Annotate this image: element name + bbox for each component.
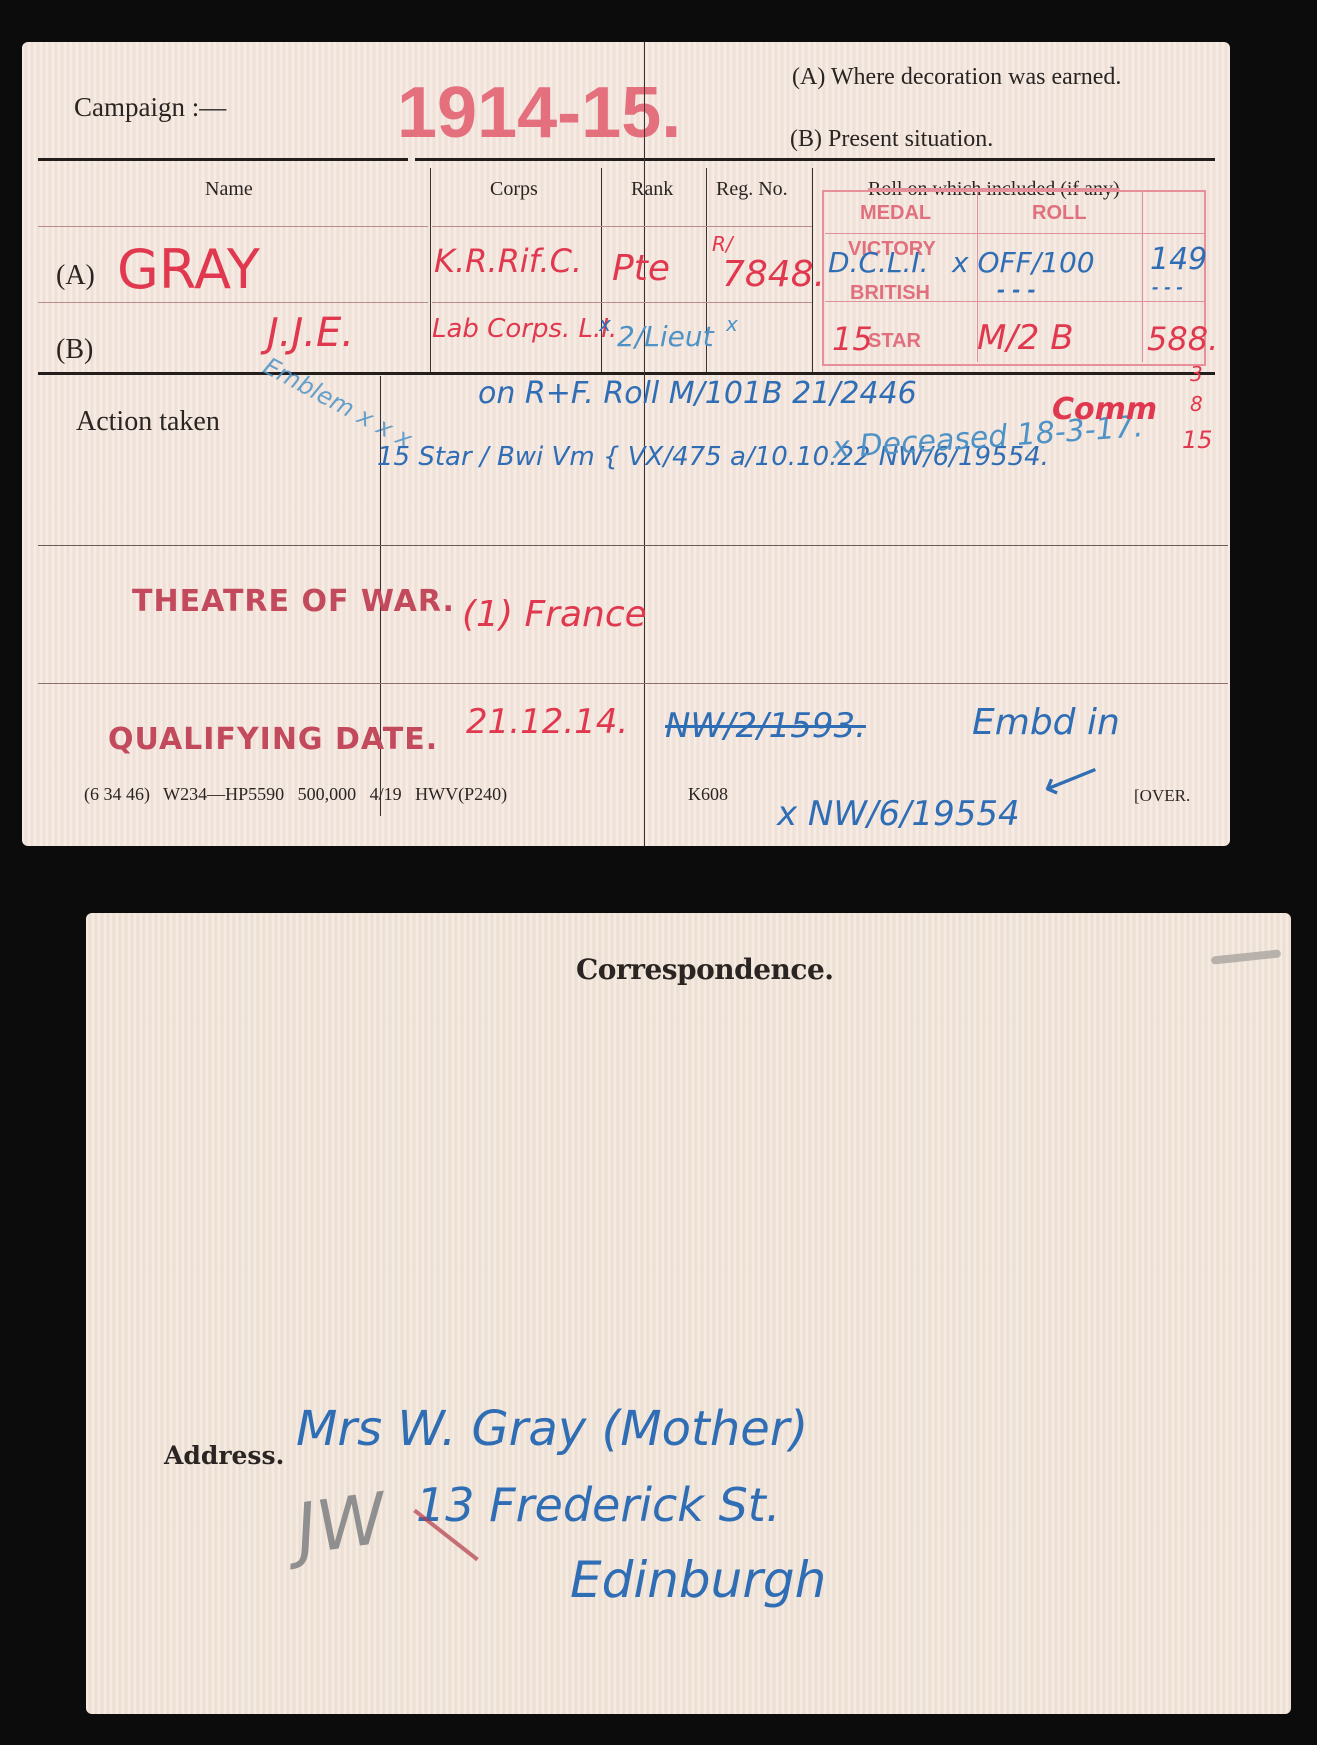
row-a-label: (A) bbox=[56, 260, 95, 292]
rule bbox=[432, 226, 812, 227]
arrow-icon: ⟵ bbox=[1035, 747, 1105, 811]
action-line-1: on R+F. Roll M/101B 21/2446 bbox=[478, 376, 917, 411]
address-line-1: Mrs W. Gray (Mother) bbox=[296, 1401, 808, 1457]
over-marker: [OVER. bbox=[1134, 786, 1190, 806]
theatre-of-war-value: (1) France bbox=[462, 594, 647, 635]
star-prefix: 15 bbox=[832, 320, 873, 358]
comm-fraction-mid: 8 bbox=[1190, 392, 1203, 416]
legend-present-situation: (B) Present situation. bbox=[790, 126, 993, 153]
legend-where-earned: (A) Where decoration was earned. bbox=[792, 64, 1121, 91]
star-roll: M/2 B bbox=[977, 318, 1074, 358]
row-b-rank: 2/Lieut bbox=[617, 320, 714, 353]
victory-page: 149 bbox=[1150, 242, 1207, 277]
stamp-star: STAR bbox=[868, 330, 921, 353]
form-print-codes: (6 34 46) W234—HP5590 500,000 4/19 HWV(P… bbox=[84, 784, 507, 805]
column-divider bbox=[430, 168, 431, 372]
campaign-label: Campaign :— bbox=[74, 92, 226, 123]
campaign-stamp: 1914-15. bbox=[397, 72, 681, 154]
british-roll: - - - bbox=[997, 278, 1036, 302]
rule bbox=[38, 545, 1228, 546]
action-taken-label: Action taken bbox=[76, 406, 220, 438]
stamp-british: BRITISH bbox=[850, 282, 930, 305]
row-b-corps: Lab Corps. L.I. bbox=[432, 314, 617, 344]
rule bbox=[38, 683, 1228, 684]
row-b-name: J.J.E. bbox=[267, 310, 354, 356]
medal-card-back: Correspondence. Address. Mrs W. Gray (Mo… bbox=[86, 913, 1291, 1714]
rule bbox=[38, 226, 428, 227]
qualifying-date-value: 21.12.14. bbox=[466, 702, 628, 742]
comm-fraction-bottom: 15 bbox=[1182, 426, 1213, 454]
row-a-reg-no: 7848. bbox=[722, 254, 825, 295]
star-page: 588. bbox=[1147, 320, 1218, 358]
rule bbox=[38, 372, 1215, 375]
british-page: - - - bbox=[1152, 278, 1183, 297]
medal-card-front: Campaign :— 1914-15. (A) Where decoratio… bbox=[22, 42, 1230, 846]
correspondence-title: Correspondence. bbox=[576, 953, 834, 986]
row-b-overwritten-note: Emblem x x x bbox=[259, 352, 417, 454]
header-name: Name bbox=[205, 178, 253, 201]
address-line-3: Edinburgh bbox=[570, 1551, 826, 1609]
rule bbox=[415, 158, 1215, 161]
victory-unit: D.C.L.I. bbox=[828, 246, 929, 279]
form-number: K608 bbox=[688, 784, 728, 805]
qualifying-date-label: QUALIFYING DATE. bbox=[108, 722, 438, 757]
stamp-medal: MEDAL bbox=[860, 202, 931, 225]
rule bbox=[38, 158, 408, 161]
row-a-name: GRAY bbox=[117, 238, 260, 301]
row-b-corps-mark: x bbox=[599, 312, 611, 336]
rule bbox=[432, 302, 812, 303]
rule bbox=[38, 302, 428, 303]
header-reg-no: Reg. No. bbox=[716, 178, 788, 201]
theatre-of-war-label: THEATRE OF WAR. bbox=[132, 584, 455, 619]
address-label: Address. bbox=[164, 1441, 284, 1470]
header-rank: Rank bbox=[631, 178, 673, 201]
address-line-2: 13 Frederick St. bbox=[416, 1478, 780, 1532]
header-corps: Corps bbox=[490, 178, 538, 201]
struck-reference: NW/2/1593. bbox=[665, 706, 866, 746]
comm-fraction-top: 3 bbox=[1190, 362, 1203, 386]
pencil-mark bbox=[1211, 949, 1281, 964]
row-a-corps: K.R.Rif.C. bbox=[434, 242, 582, 280]
embodied-note: Embd in bbox=[972, 702, 1120, 743]
rule bbox=[825, 233, 1205, 234]
pencil-initials: JW bbox=[291, 1477, 391, 1571]
stamp-roll: ROLL bbox=[1032, 202, 1086, 225]
row-b-rank-mark: x bbox=[726, 312, 738, 336]
column-divider bbox=[1142, 192, 1143, 362]
comm-note: Comm bbox=[1052, 392, 1157, 427]
victory-roll: x OFF/100 bbox=[952, 246, 1095, 279]
row-b-label: (B) bbox=[56, 334, 93, 366]
row-a-rank: Pte bbox=[612, 248, 670, 289]
new-reference: x NW/6/19554 bbox=[777, 794, 1020, 834]
row-a-reg-prefix: R/ bbox=[712, 232, 733, 256]
